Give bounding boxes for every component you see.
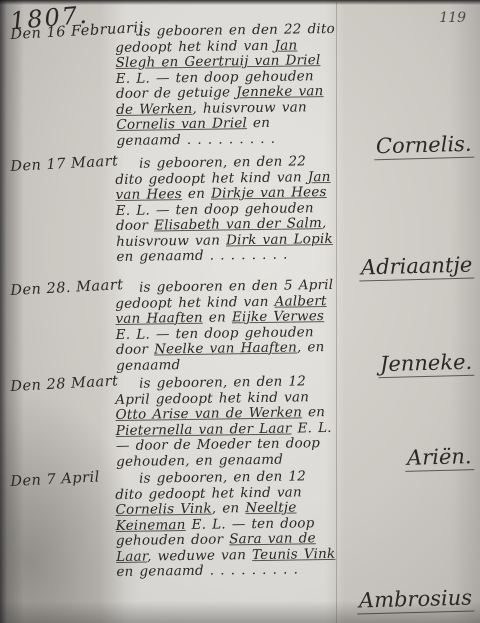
entry-body-text: is gebooren, en den 12 April gedoopt het… (115, 374, 338, 470)
baptism-entry-2: Den 17 Maart is gebooren, en den 22 dito… (0, 157, 480, 280)
entry-body-text: is gebooren, en den 12 dito gedoopt het … (115, 469, 338, 581)
child-name: Ariën. (405, 444, 474, 472)
baptism-entry-4: Den 28 Maart is gebooren, en den 12 Apri… (0, 377, 480, 471)
child-name: Cornelis. (374, 132, 474, 161)
entry-body-text: is gebooren en den 22 dito gedoopt het k… (115, 22, 339, 149)
baptism-entry-1: Den 16 Februarij is gebooren en den 22 d… (0, 25, 480, 159)
entry-date: Den 28 Maart (10, 373, 119, 395)
baptism-entry-3: Den 28. Maart is gebooren en den 5 April… (0, 281, 480, 377)
entry-body-text: is gebooren, en den 22 dito gedoopt het … (115, 154, 338, 266)
entry-date: Den 28. Maart (10, 277, 124, 299)
page-number: 119 (439, 10, 466, 26)
child-name: Adriaantje (358, 252, 474, 281)
register-page-scan: 1807. 119 Den 16 Februarij is gebooren e… (0, 0, 480, 623)
baptism-entry-5: Den 7 April is gebooren, en den 12 dito … (0, 472, 480, 613)
entry-body-text: is gebooren en den 5 April gedoopt het k… (115, 278, 338, 374)
child-name: Ambrosius (357, 585, 475, 614)
entry-date: Den 7 April (10, 469, 100, 490)
entry-date: Den 17 Maart (10, 153, 119, 175)
child-name: Jenneke. (378, 350, 475, 379)
